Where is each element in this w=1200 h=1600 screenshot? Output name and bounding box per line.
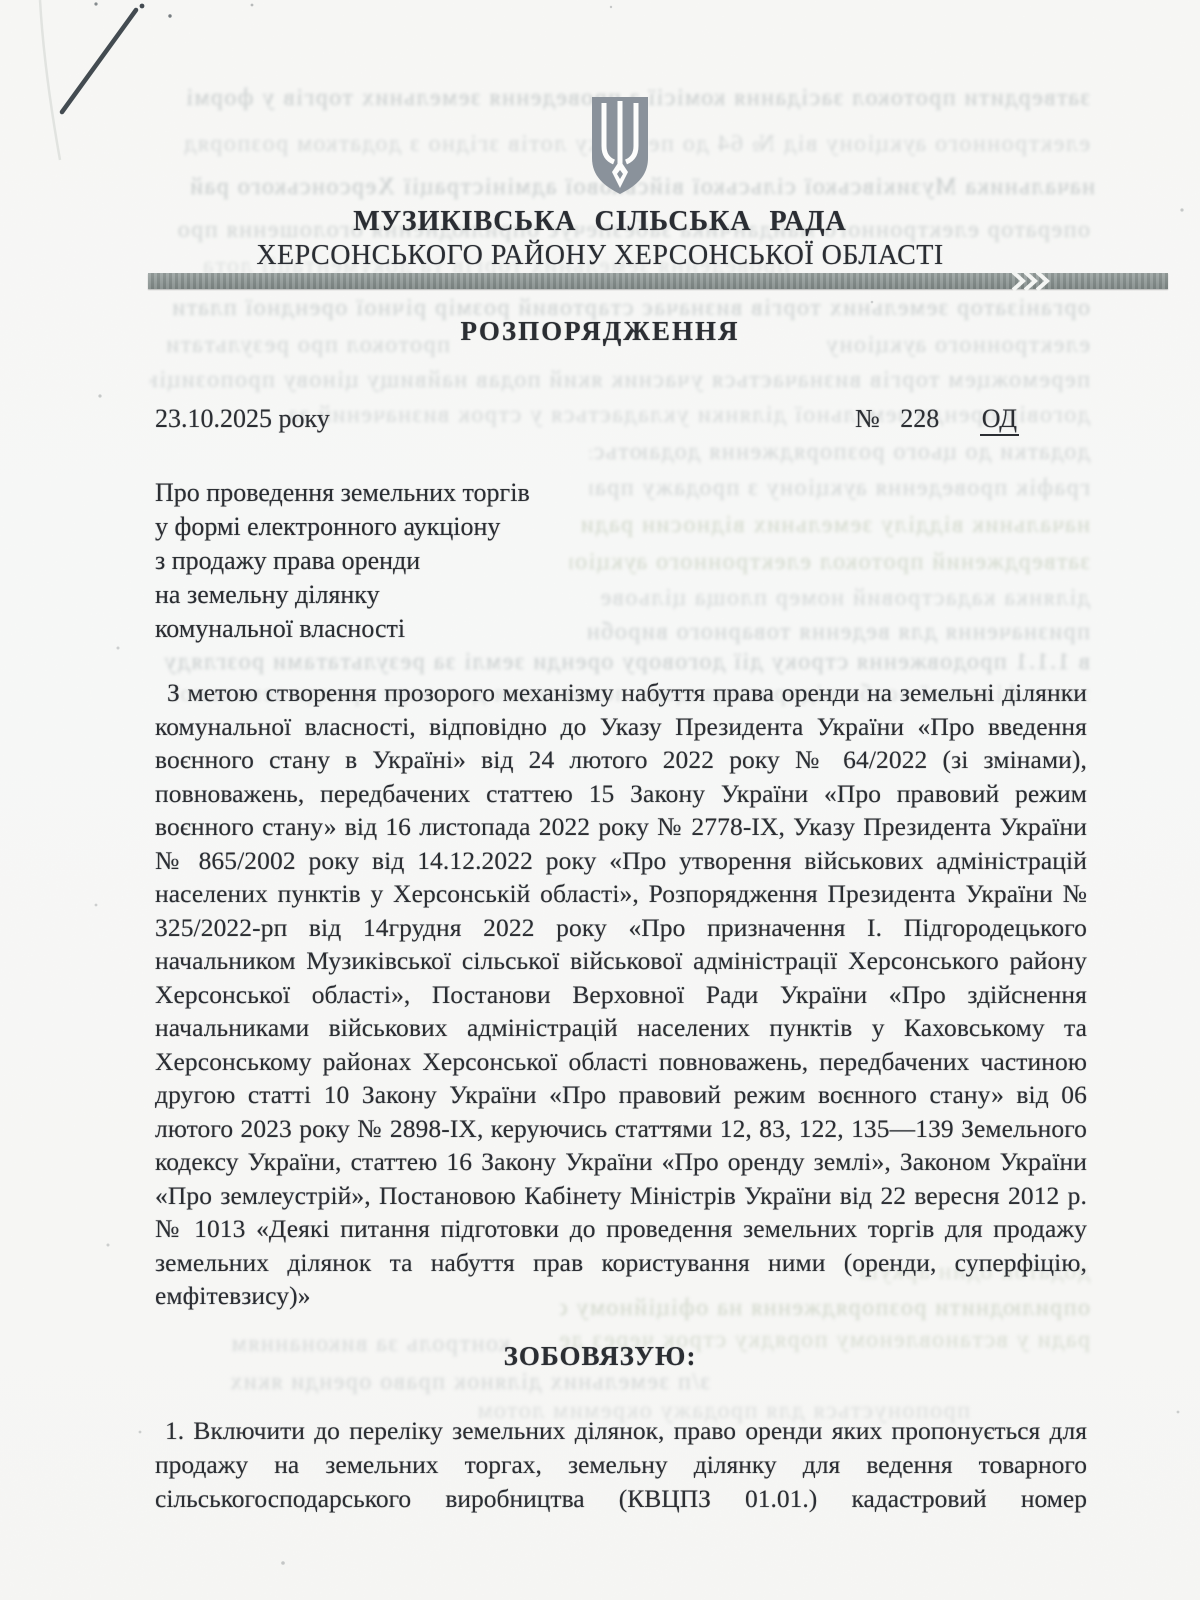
subject-line: Про проведення земельних торгів: [155, 476, 530, 510]
triple-chevron-right-icon: [1010, 270, 1056, 292]
document-date: 23.10.2025 року: [155, 404, 330, 434]
subject-line: на земельну ділянку: [155, 578, 530, 612]
subject-block: Про проведення земельних торгів у формі …: [155, 476, 530, 646]
org-name-block: МУЗИКІВСЬКА СІЛЬСЬКА РАДА ХЕРСОНСЬКОГО Р…: [0, 206, 1200, 272]
ukraine-trident-emblem-icon: [586, 94, 654, 198]
header-separator-bar: [148, 273, 1168, 289]
number-sign: №: [855, 404, 880, 433]
document-type-title: РОЗПОРЯДЖЕННЯ: [0, 316, 1200, 347]
preamble-paragraph: З метою створення прозорого механізму на…: [155, 676, 1087, 1313]
number-value: 228: [900, 404, 939, 433]
subject-line: комунальної власності: [155, 612, 530, 646]
number-type-underlined: ОД: [980, 404, 1019, 436]
org-name-line1: МУЗИКІВСЬКА СІЛЬСЬКА РАДА: [0, 206, 1200, 238]
org-name-line2: ХЕРСОНСЬКОГО РАЙОНУ ХЕРСОНСЬКОЇ ОБЛАСТІ: [0, 240, 1200, 272]
order-heading: ЗОБОВЯЗУЮ:: [0, 1341, 1200, 1372]
document-number: № 228 ОД: [855, 404, 1019, 434]
subject-line: з продажу права оренди: [155, 544, 530, 578]
scanned-directive-page: затвердити протокол засідання комісії з …: [0, 0, 1200, 1600]
order-item-1: 1. Включити до переліку земельних діляно…: [155, 1414, 1087, 1516]
subject-line: у формі електронного аукціону: [155, 510, 530, 544]
